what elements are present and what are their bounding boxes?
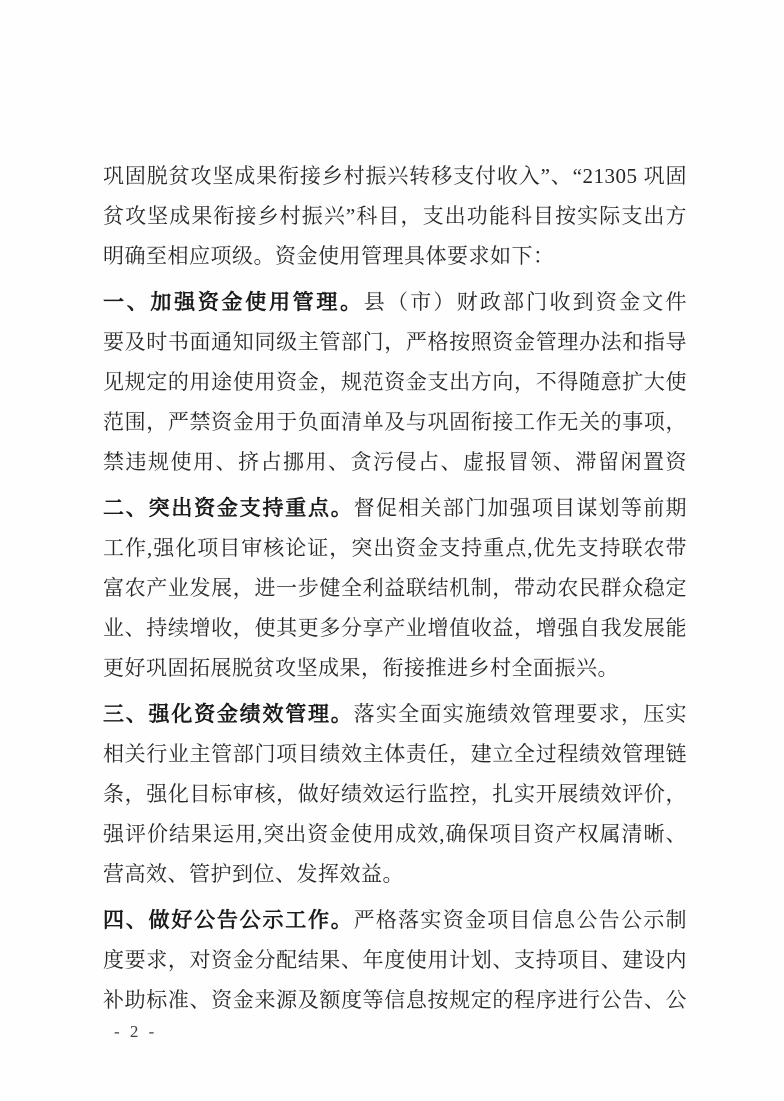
section-first-line-text: 严格落实资金项目信息公告公示制 bbox=[354, 908, 687, 932]
text-line: 要及时书面通知同级主管部门，严格按照资金管理办法和指导意 bbox=[103, 322, 687, 362]
section-paragraph-4: 四、做好公告公示工作。严格落实资金项目信息公告公示制 度要求，对资金分配结果、年… bbox=[103, 900, 687, 1020]
text-line: 营高效、管护到位、发挥效益。 bbox=[103, 854, 687, 894]
text-line: 禁违规使用、挤占挪用、贪污侵占、虚报冒领、滞留闲置资金。 bbox=[103, 442, 687, 482]
section-heading: 一、加强资金使用管理。 bbox=[103, 291, 364, 314]
text-line: 一、加强资金使用管理。县（市）财政部门收到资金文件后， bbox=[103, 282, 687, 322]
section-heading: 二、突出资金支持重点。 bbox=[103, 497, 354, 520]
text-line: 三、强化资金绩效管理。落实全面实施绩效管理要求，压实 bbox=[103, 694, 687, 734]
text-line: 相关行业主管部门项目绩效主体责任，建立全过程绩效管理链 bbox=[103, 734, 687, 774]
document-page: 巩固脱贫攻坚成果衔接乡村振兴转移支付收入”、“21305 巩固脱 贫攻坚成果衔接… bbox=[0, 0, 784, 1101]
text-line: 贫攻坚成果衔接乡村振兴”科目，支出功能科目按实际支出方向 bbox=[103, 196, 687, 236]
section-heading: 三、强化资金绩效管理。 bbox=[103, 703, 354, 726]
document-body: 巩固脱贫攻坚成果衔接乡村振兴转移支付收入”、“21305 巩固脱 贫攻坚成果衔接… bbox=[103, 156, 687, 1026]
text-line: 富农产业发展，进一步健全利益联结机制，带动农民群众稳定就 bbox=[103, 568, 687, 608]
text-line: 业、持续增收，使其更多分享产业增值收益，增强自我发展能力， bbox=[103, 608, 687, 648]
text-line: 见规定的用途使用资金，规范资金支出方向，不得随意扩大使用 bbox=[103, 362, 687, 402]
text-line: 四、做好公告公示工作。严格落实资金项目信息公告公示制 bbox=[103, 900, 687, 940]
page-number: - 2 - bbox=[114, 1022, 157, 1042]
section-first-line-text: 落实全面实施绩效管理要求，压实 bbox=[354, 702, 687, 726]
text-line: 巩固脱贫攻坚成果衔接乡村振兴转移支付收入”、“21305 巩固脱 bbox=[103, 156, 687, 196]
section-paragraph-3: 三、强化资金绩效管理。落实全面实施绩效管理要求，压实 相关行业主管部门项目绩效主… bbox=[103, 694, 687, 894]
text-line: 度要求，对资金分配结果、年度使用计划、支持项目、建设内容、 bbox=[103, 940, 687, 980]
intro-paragraph: 巩固脱贫攻坚成果衔接乡村振兴转移支付收入”、“21305 巩固脱 贫攻坚成果衔接… bbox=[103, 156, 687, 276]
text-line: 条，强化目标审核，做好绩效运行监控，扎实开展绩效评价，加 bbox=[103, 774, 687, 814]
text-line: 补助标准、资金来源及额度等信息按规定的程序进行公告、公示， bbox=[103, 980, 687, 1020]
section-paragraph-2: 二、突出资金支持重点。督促相关部门加强项目谋划等前期 工作,强化项目审核论证，突… bbox=[103, 488, 687, 688]
text-line: 二、突出资金支持重点。督促相关部门加强项目谋划等前期 bbox=[103, 488, 687, 528]
text-line: 明确至相应项级。资金使用管理具体要求如下： bbox=[103, 236, 687, 276]
text-line: 范围，严禁资金用于负面清单及与巩固衔接工作无关的事项，严 bbox=[103, 402, 687, 442]
text-line: 更好巩固拓展脱贫攻坚成果，衔接推进乡村全面振兴。 bbox=[103, 648, 687, 688]
section-heading: 四、做好公告公示工作。 bbox=[103, 909, 354, 932]
text-line: 工作,强化项目审核论证，突出资金支持重点,优先支持联农带农 bbox=[103, 528, 687, 568]
section-first-line-text: 督促相关部门加强项目谋划等前期 bbox=[354, 496, 687, 520]
section-paragraph-1: 一、加强资金使用管理。县（市）财政部门收到资金文件后， 要及时书面通知同级主管部… bbox=[103, 282, 687, 482]
text-line: 强评价结果运用,突出资金使用成效,确保项目资产权属清晰、运 bbox=[103, 814, 687, 854]
